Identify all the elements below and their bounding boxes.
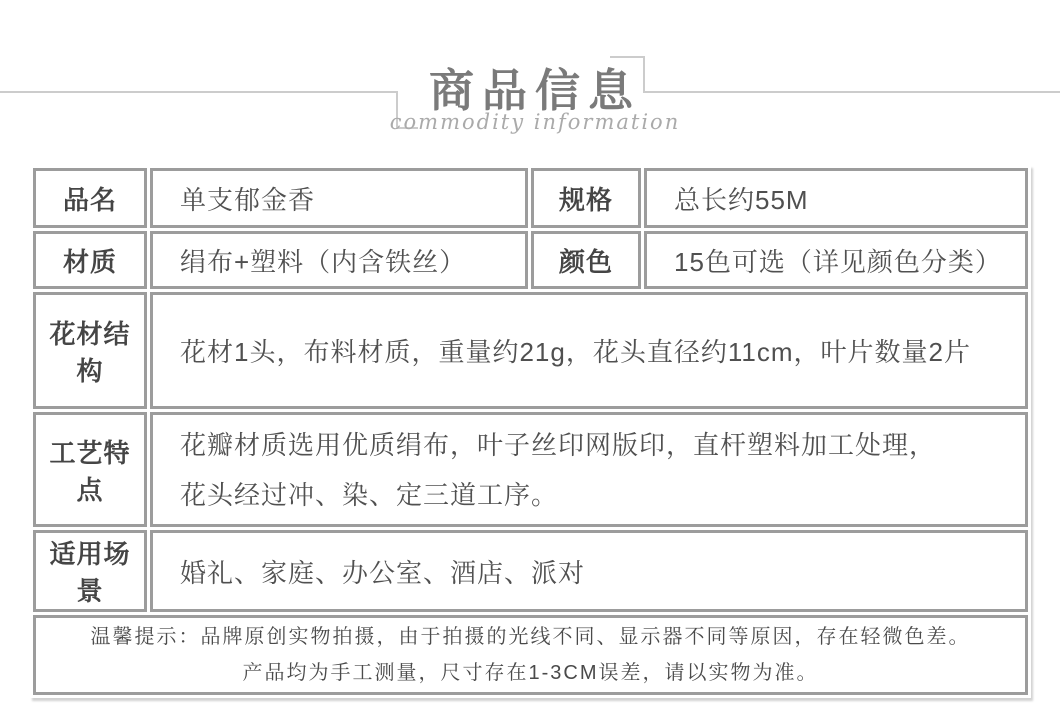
notice-cell: 温馨提示：品牌原创实物拍摄，由于拍摄的光线不同、显示器不同等原因，存在轻微色差。… [33, 615, 1028, 695]
row-value-spec: 总长约55M [644, 168, 1028, 228]
notice-line-1: 温馨提示：品牌原创实物拍摄，由于拍摄的光线不同、显示器不同等原因，存在轻微色差。 [37, 619, 1024, 655]
page-subtitle: commodity information [0, 110, 1060, 134]
notice-line-2: 产品均为手工测量，尺寸存在1-3CM误差，请以实物为准。 [37, 655, 1024, 691]
row-label-name: 品名 [33, 168, 147, 228]
row-label-structure: 花材结构 [33, 292, 147, 409]
row-label-craft: 工艺特点 [33, 412, 147, 527]
row-value-craft: 花瓣材质选用优质绢布，叶子丝印网版印，直杆塑料加工处理， 花头经过冲、染、定三道… [150, 412, 1028, 527]
row-value-scenes: 婚礼、家庭、办公室、酒店、派对 [150, 530, 1028, 612]
product-info-page: 商品信息 commodity information 品名 单支郁金香 规格 总… [0, 0, 1060, 725]
table-row-scenes: 适用场景 婚礼、家庭、办公室、酒店、派对 [33, 530, 1028, 612]
row-label-scenes: 适用场景 [33, 530, 147, 612]
row-label-material: 材质 [33, 231, 147, 289]
table-row-name-spec: 品名 单支郁金香 规格 总长约55M [33, 168, 1028, 228]
table-row-structure: 花材结构 花材1头，布料材质，重量约21g，花头直径约11cm，叶片数量2片 [33, 292, 1028, 409]
table-row-craft: 工艺特点 花瓣材质选用优质绢布，叶子丝印网版印，直杆塑料加工处理， 花头经过冲、… [33, 412, 1028, 527]
row-label-spec: 规格 [531, 168, 641, 228]
product-info-table: 品名 单支郁金香 规格 总长约55M 材质 绢布+塑料（内含铁丝） 颜色 15色… [30, 165, 1031, 698]
craft-line-2: 花头经过冲、染、定三道工序。 [180, 470, 1024, 520]
craft-line-1: 花瓣材质选用优质绢布，叶子丝印网版印，直杆塑料加工处理， [180, 420, 1024, 470]
row-value-material: 绢布+塑料（内含铁丝） [150, 231, 528, 289]
row-value-structure: 花材1头，布料材质，重量约21g，花头直径约11cm，叶片数量2片 [150, 292, 1028, 409]
row-value-name: 单支郁金香 [150, 168, 528, 228]
row-value-color: 15色可选（详见颜色分类） [644, 231, 1028, 289]
table-row-notice: 温馨提示：品牌原创实物拍摄，由于拍摄的光线不同、显示器不同等原因，存在轻微色差。… [33, 615, 1028, 695]
row-label-color: 颜色 [531, 231, 641, 289]
table-row-material-color: 材质 绢布+塑料（内含铁丝） 颜色 15色可选（详见颜色分类） [33, 231, 1028, 289]
